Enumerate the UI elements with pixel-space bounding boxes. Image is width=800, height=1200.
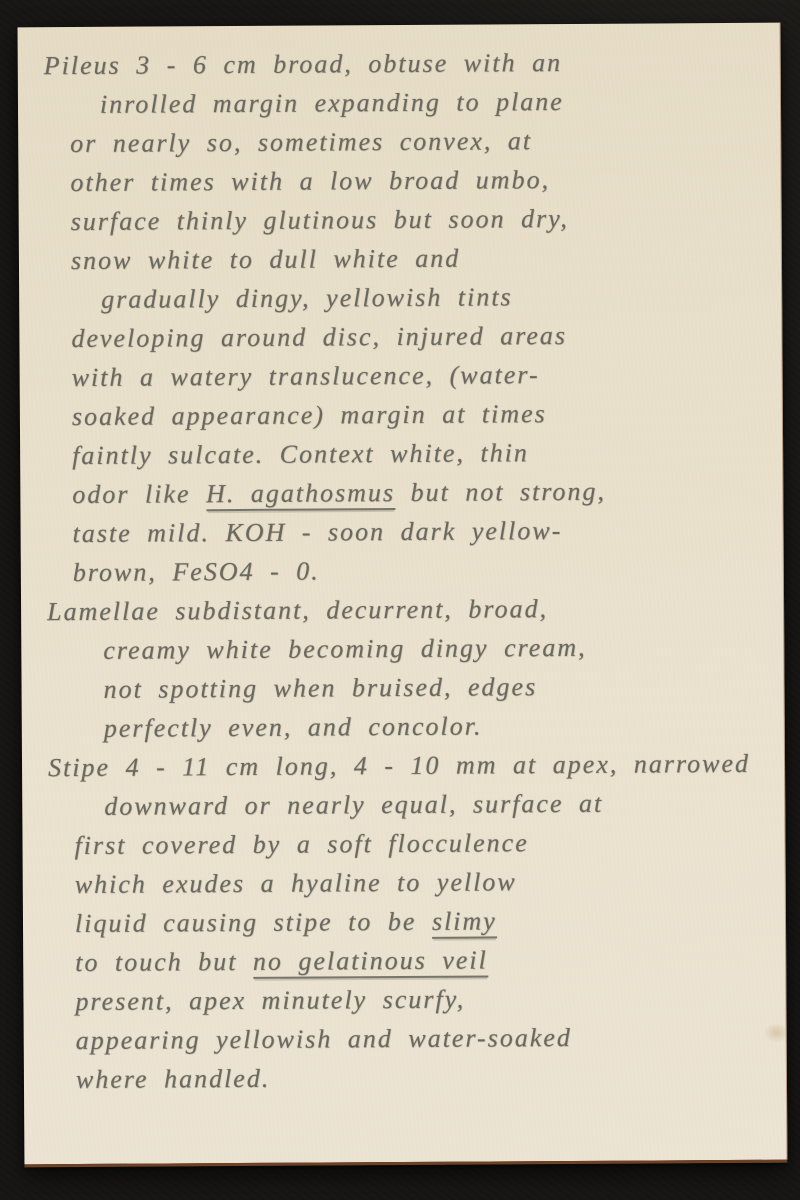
handwriting-text: or nearly so, sometimes convex, at bbox=[70, 126, 532, 158]
handwriting-line: gradually dingy, yellowish tints bbox=[35, 276, 781, 320]
paper-stain bbox=[764, 1023, 788, 1043]
handwriting-line: soaked appearance) margin at times bbox=[36, 393, 782, 437]
handwriting-line: or nearly so, sometimes convex, at bbox=[34, 120, 780, 164]
handwriting-line: inrolled margin expanding to plane bbox=[34, 81, 780, 125]
handwriting-line: developing around disc, injured areas bbox=[35, 315, 781, 359]
handwriting-line: where handled. bbox=[40, 1056, 786, 1100]
handwriting-text: developing around disc, injured areas bbox=[71, 321, 567, 353]
handwriting-text: taste mild. KOH - soon dark yellow- bbox=[73, 516, 563, 548]
underlined-phrase: slimy bbox=[432, 906, 497, 938]
handwriting-text: but not strong, bbox=[395, 477, 606, 507]
handwriting-text: appearing yellowish and water-soaked bbox=[76, 1023, 572, 1055]
handwriting-line: not spotting when bruised, edges bbox=[37, 666, 783, 710]
handwriting-line: surface thinly glutinous but soon dry, bbox=[35, 198, 781, 242]
handwriting-text: Stipe 4 - 11 cm long, 4 - 10 mm at apex,… bbox=[48, 749, 750, 782]
handwriting-text: faintly sulcate. Context white, thin bbox=[72, 438, 529, 470]
handwriting-text: to touch but bbox=[75, 947, 253, 977]
handwriting-line: first covered by a soft flocculence bbox=[38, 822, 784, 866]
handwriting-line: Stipe 4 - 11 cm long, 4 - 10 mm at apex,… bbox=[38, 744, 784, 788]
handwriting-text: snow white to dull white and bbox=[71, 244, 460, 275]
handwriting-line: perfectly even, and concolor. bbox=[38, 705, 784, 749]
handwriting-line: faintly sulcate. Context white, thin bbox=[36, 432, 782, 476]
handwriting-text: odor like bbox=[72, 479, 206, 509]
handwriting-text: Lamellae subdistant, decurrent, broad, bbox=[47, 594, 548, 626]
handwriting-line: other times with a low broad umbo, bbox=[34, 159, 780, 203]
handwriting-text: creamy white becoming dingy cream, bbox=[103, 633, 586, 665]
handwriting-line: Pileus 3 - 6 cm broad, obtuse with an bbox=[34, 42, 780, 86]
handwriting-line: to touch but no gelatinous veil bbox=[39, 939, 785, 983]
handwriting-line: present, apex minutely scurfy, bbox=[39, 978, 785, 1022]
handwriting-text: not spotting when bruised, edges bbox=[103, 672, 537, 704]
handwriting-line: odor like H. agathosmus but not strong, bbox=[36, 471, 782, 515]
handwriting-text: where handled. bbox=[76, 1064, 271, 1094]
handwriting-text: downward or nearly equal, surface at bbox=[104, 789, 603, 821]
handwriting-line: downward or nearly equal, surface at bbox=[38, 783, 784, 827]
handwriting-text: surface thinly glutinous but soon dry, bbox=[71, 204, 569, 236]
handwriting-line: taste mild. KOH - soon dark yellow- bbox=[36, 510, 782, 554]
handwriting: Pileus 3 - 6 cm broad, obtuse with aninr… bbox=[34, 42, 786, 1100]
handwriting-text: gradually dingy, yellowish tints bbox=[101, 282, 513, 314]
underlined-phrase: H. agathosmus bbox=[206, 478, 395, 511]
handwriting-text: brown, FeSO4 - 0. bbox=[73, 557, 320, 588]
handwriting-line: creamy white becoming dingy cream, bbox=[37, 627, 783, 671]
handwriting-text: perfectly even, and concolor. bbox=[104, 712, 483, 743]
handwriting-line: snow white to dull white and bbox=[35, 237, 781, 281]
handwriting-line: Lamellae subdistant, decurrent, broad, bbox=[37, 588, 783, 632]
handwriting-line: brown, FeSO4 - 0. bbox=[37, 549, 783, 593]
underlined-phrase: no gelatinous veil bbox=[253, 945, 488, 978]
handwriting-line: with a watery translucence, (water- bbox=[36, 354, 782, 398]
handwriting-text: soaked appearance) margin at times bbox=[72, 399, 547, 431]
handwriting-text: first covered by a soft flocculence bbox=[74, 828, 528, 860]
handwriting-line: appearing yellowish and water-soaked bbox=[40, 1017, 786, 1061]
handwriting-text: liquid causing stipe to be bbox=[75, 907, 432, 938]
handwriting-line: liquid causing stipe to be slimy bbox=[39, 900, 785, 944]
handwriting-text: which exudes a hyaline to yellow bbox=[75, 867, 517, 899]
handwriting-text: Pileus 3 - 6 cm broad, obtuse with an bbox=[44, 48, 562, 80]
handwriting-text: other times with a low broad umbo, bbox=[70, 165, 550, 197]
handwriting-line: which exudes a hyaline to yellow bbox=[39, 861, 785, 905]
handwriting-text: with a watery translucence, (water- bbox=[72, 360, 540, 392]
handwriting-text: inrolled margin expanding to plane bbox=[100, 87, 564, 119]
handwriting-text: present, apex minutely scurfy, bbox=[75, 985, 465, 1016]
note-card: Pileus 3 - 6 cm broad, obtuse with aninr… bbox=[18, 23, 788, 1168]
